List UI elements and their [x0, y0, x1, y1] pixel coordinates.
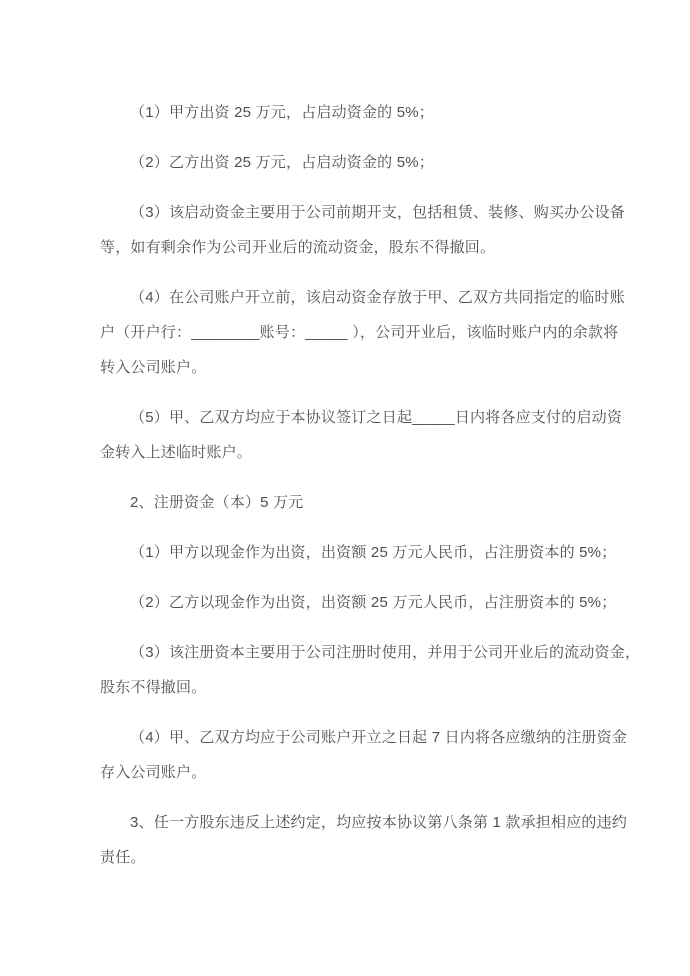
clause: （1）甲方以现金作为出资，出资额 25 万元人民币，占注册资本的 5%；: [100, 535, 606, 570]
clause: （4）甲、乙双方均应于公司账户开立之日起 7 日内将各应缴纳的注册资金 存入公司…: [100, 720, 606, 790]
clause: （3）该启动资金主要用于公司前期开支，包括租赁、装修、购买办公设备 等，如有剩余…: [100, 195, 606, 265]
clause: （2）乙方出资 25 万元，占启动资金的 5%；: [100, 145, 606, 180]
text-line: 金转入上述临时账户。: [100, 435, 606, 470]
text-line: 转入公司账户。: [100, 350, 606, 385]
clause: （1）甲方出资 25 万元，占启动资金的 5%；: [100, 95, 606, 130]
text-line: 等，如有剩余作为公司开业后的流动资金，股东不得撤回。: [100, 230, 606, 265]
text-line: （2）乙方以现金作为出资，出资额 25 万元人民币，占注册资本的 5%；: [100, 585, 606, 620]
text-line: 股东不得撤回。: [100, 670, 606, 705]
text-line: （3）该启动资金主要用于公司前期开支，包括租赁、装修、购买办公设备: [100, 195, 606, 230]
text-line: （4）甲、乙双方均应于公司账户开立之日起 7 日内将各应缴纳的注册资金: [100, 720, 606, 755]
text-line: （3）该注册资本主要用于公司注册时使用，并用于公司开业后的流动资金，: [100, 635, 606, 670]
text-line: （5）甲、乙双方均应于本协议签订之日起_____日内将各应支付的启动资: [100, 400, 606, 435]
clause: （3）该注册资本主要用于公司注册时使用，并用于公司开业后的流动资金， 股东不得撤…: [100, 635, 606, 705]
section-heading: 3、任一方股东违反上述约定，均应按本协议第八条第 1 款承担相应的违约 责任。: [100, 805, 606, 875]
text-line: （2）乙方出资 25 万元，占启动资金的 5%；: [100, 145, 606, 180]
text-line: 2、注册资金（本）5 万元: [100, 485, 606, 520]
clause: （5）甲、乙双方均应于本协议签订之日起_____日内将各应支付的启动资 金转入上…: [100, 400, 606, 470]
text-line: （1）甲方以现金作为出资，出资额 25 万元人民币，占注册资本的 5%；: [100, 535, 606, 570]
section-heading: 2、注册资金（本）5 万元: [100, 485, 606, 520]
text-line: 户（开户行：________账号：_____ ），公司开业后，该临时账户内的余款…: [100, 315, 606, 350]
text-line: （4）在公司账户开立前，该启动资金存放于甲、乙双方共同指定的临时账: [100, 280, 606, 315]
clause: （2）乙方以现金作为出资，出资额 25 万元人民币，占注册资本的 5%；: [100, 585, 606, 620]
document-page: （1）甲方出资 25 万元，占启动资金的 5%； （2）乙方出资 25 万元，占…: [0, 0, 690, 976]
text-line: 责任。: [100, 840, 606, 875]
text-line: 3、任一方股东违反上述约定，均应按本协议第八条第 1 款承担相应的违约: [100, 805, 606, 840]
text-line: （1）甲方出资 25 万元，占启动资金的 5%；: [100, 95, 606, 130]
text-line: 存入公司账户。: [100, 755, 606, 790]
clause: （4）在公司账户开立前，该启动资金存放于甲、乙双方共同指定的临时账 户（开户行：…: [100, 280, 606, 385]
